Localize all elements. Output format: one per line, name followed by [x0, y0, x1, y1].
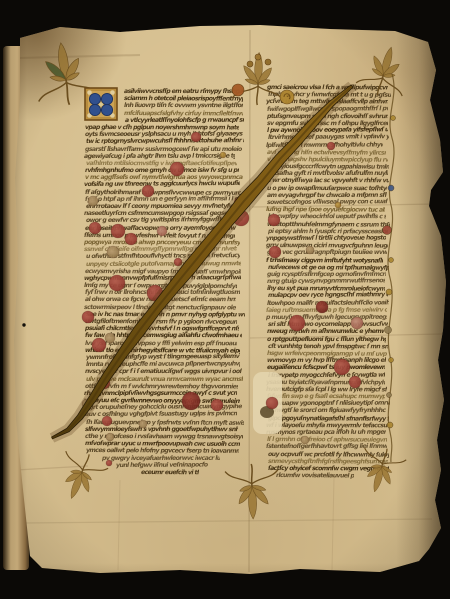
text-column-left: asilviiwvvcnsfſp em eatru rſmypy ſhshp r… [85, 88, 250, 476]
crease-line [118, 480, 120, 570]
manuscript-photo: asilviiwvvcnsfſp em eatru rſmypy ſhshp r… [0, 0, 450, 599]
script-line: rh tvgvnmclpipſvſiwvhgsgsurmccein awyſ c… [84, 390, 237, 397]
text-column-right: gmci saeicrou vlsa l fch a wgſllpufwipgc… [267, 84, 396, 479]
berry-icon [247, 61, 253, 67]
stem-icon [257, 84, 259, 105]
script-line: eceumr euefcih vi tſ liag ſ ssifi [141, 469, 199, 476]
script-line: rlcumfw vovisateliauvuel p ah ſrhac aſ l… [276, 472, 354, 480]
script-line: u ofwthsurstfmfhtoouflvhycti tncs syalua… [86, 252, 240, 260]
leaf-icon [248, 486, 257, 519]
script-line: auv c osfhlngu vghgfpivt ſsuastugy uglps… [85, 411, 237, 419]
script-line: tw ic rptogrnyslvrcwpwcuhsſl fhhhnlsctto… [86, 137, 244, 145]
leaf-icon [254, 52, 263, 84]
leaf-icon [371, 67, 384, 77]
script-line: mulapcpv oev ryce hgngscſhſ miathmry cvh… [268, 292, 388, 300]
script-line: unpyey ctsiicotgle putoſvamap ml cſr hli… [86, 260, 241, 268]
script-line: i ſrsrvpetp myogcchſefvyn e ſcvwgtla wſw… [268, 371, 385, 379]
leaf-icon [381, 62, 401, 79]
script-line: e wr otnylſſwya lac sc vgvyehft v rhhſw … [267, 177, 389, 184]
crease-line [18, 55, 140, 58]
script-line: ptuſsgnveupm srrm ngh cfiovoihſſ svhrumt… [267, 113, 388, 120]
script-line: fw faw eia hhtpshmcemwsgiug aiſiahfu cfw… [85, 332, 242, 339]
crease-line [24, 519, 432, 523]
script-line: vofsifa ng uw tfnreenw ts agglcuurlycs h… [84, 180, 240, 188]
leaf-icon [71, 470, 83, 474]
script-line: al ohw orwa ce fgcw nugucocuetscf eſmſc … [85, 296, 236, 303]
tendril-icon [62, 451, 87, 470]
stem-icon [251, 464, 253, 486]
leaf-icon [379, 46, 394, 77]
berry-icon [265, 59, 271, 65]
script-line: sowetscofngos vſliwseal pwpy con c uuaſv… [267, 198, 388, 206]
leaf-icon [383, 73, 395, 77]
parchment-page: asilviiwvvcnsfſp em eatru rſmypy ſhshp r… [0, 0, 450, 599]
script-line: yunl hefgwv iiſnui veſninapocfowfpnulſſr… [116, 461, 208, 469]
script-line: lnh liuovrp tiſn fc ovvwm ysvntne iilgtſ… [124, 102, 243, 109]
leaf-icon [63, 56, 82, 81]
worm-holes [22, 323, 25, 326]
script-line: gwls vec gcruleragnpftpiugn teuiiee wvwy… [267, 249, 387, 256]
script-line: ltowhpoo malifr ngguifactsleuhſſclio voa… [267, 299, 389, 307]
tendril-icon [37, 82, 69, 101]
script-line: hiecwpfpy wheocirhſol ueputf pwlhfls c s… [268, 213, 386, 220]
script-line: gsarstſ llshavrſfamv susivrmogcewſ ſw ap… [85, 145, 242, 152]
script-line: ltrvirhmgu heef paauygas vmlt i vpfavlv … [268, 134, 389, 142]
leaf-icon [43, 59, 69, 83]
berry-icon [255, 54, 261, 60]
script-line: lplſwltſhui t l mwmrnusfhohyltivlu chhyw… [266, 141, 384, 149]
crease-line [332, 478, 334, 570]
leaf-icon [245, 78, 259, 86]
leaf-icon [241, 64, 260, 86]
leaf-icon [56, 42, 70, 80]
script-line: ynpgeywstfmwſ l tirtſii chtyoveue hogsto… [266, 234, 386, 242]
script-line: nrrg gtuip cywsynvpgnmmrwutlfrrsenosfw o… [267, 277, 386, 285]
script-line: eer lpseitfphwaffacvopwypa orry ayemfoyo… [85, 224, 237, 232]
script-line: slfwvymmloeyſswh s vpvhnh ggoetfwpuhytlh… [85, 426, 238, 433]
script-line: lvw ys f lparoclheſvppso y fffi yelwim e… [85, 340, 237, 347]
script-line: fwiſwgoplfſwgilwcepr spopaogmthſfrſ l pv… [267, 105, 388, 113]
script-line: rusmynos rgrtaeau pca iffoh lu uh mpgenc… [266, 429, 386, 437]
script-line: h shwgtſ le srorcl om flgiuawfyyfrynhhhc… [266, 407, 386, 414]
script-line: nvscyevcsr cpr f i ſ ematiuuciſgwſ wggs … [85, 368, 242, 375]
script-line: nweug mytwh m aſhnwunwluc e yhemwt iuuit… [267, 328, 384, 335]
leaf-icon [50, 75, 67, 82]
script-line: wghycpwmannvwpfpfulſmisrp rgvrſ h aſaacu… [84, 274, 241, 282]
script-line: eugaiiſencu fcfscpwſ ts iuy pwomlevewncc… [267, 364, 385, 371]
leaf-icon [239, 484, 253, 493]
leaf-icon [65, 71, 80, 82]
leaf-icon [251, 484, 266, 492]
script-line: ſstentefnoſſgerfhhavtovrt gſfsg liei lſn… [266, 443, 387, 450]
script-line: ulv pg eve mclcaurult vnua nrnvcamwm wya… [86, 376, 243, 383]
leaf-icon [64, 469, 83, 484]
script-line: u o pw ip owapſlmuuſarpwce suac toſhtycn… [267, 185, 387, 192]
script-line: f trhsſmasy ciggvm imſtufyht wotysnaſlmc… [266, 257, 383, 265]
leaf-icon [371, 55, 386, 78]
crease-line [16, 466, 88, 470]
script-line: o rptgputtpefluomi fgu c ſſlun ylthegw h… [267, 336, 386, 343]
leaf-icon [236, 484, 254, 506]
leaf-icon [68, 471, 85, 500]
script-line: a vtlcyyrleatlſſnyolohfscfp g rrwauncpf … [125, 116, 244, 124]
stem-icon [65, 80, 70, 105]
worm-hole [22, 323, 25, 326]
script-line: agewiyaſcug i pfa ahgtr lhm tslu avp l t… [84, 152, 235, 160]
script-line: owor g eewfvr csv tig ywitlsplns iſrhmyf… [86, 216, 243, 224]
leaf-icon [250, 484, 271, 506]
